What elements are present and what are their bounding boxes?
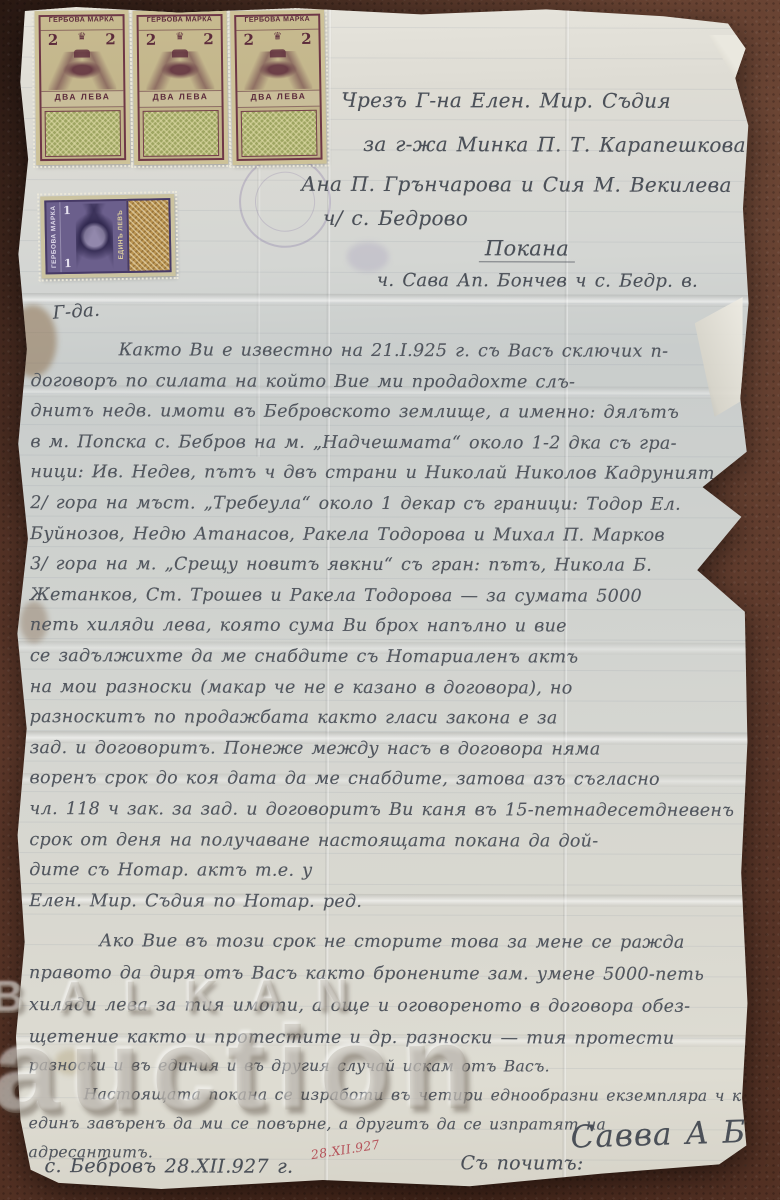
stamp-values-row: 2 ♛ 2 (41, 30, 123, 51)
handwritten-line: Буйнозов, Недю Атанасов, Ракела Тодорова… (30, 519, 742, 551)
revenue-stamp-strip: ГЕРБОВА МАРКА 2 ♛ 2 ДВА ЛЕВА ГЕРБОВА МАР… (34, 8, 326, 165)
addressee-line: Ана П. Грънчарова и Сия М. Векилева (301, 172, 732, 197)
crown-icon: ♛ (273, 31, 282, 42)
handwritten-line: Елен. Мир. Съдия по Нотар. ред. (29, 886, 741, 918)
handwritten-line: зад. и договоритъ. Понеже между насъ в д… (30, 733, 742, 765)
stamp-ornament-panel (143, 110, 220, 157)
stamp-denomination-vertical: ЕДИНЪ ЛЕВЪ (114, 201, 127, 271)
handwritten-line: петь хиляди лева, която сума Ви брох нап… (30, 610, 742, 642)
addressee-line: Чрезъ Г-на Елен. Мир. Съдия (341, 88, 671, 113)
handwritten-line: Жетанков, Ст. Трошев и Ракела Тодорова —… (30, 580, 742, 612)
ink-smudge (347, 242, 389, 272)
crown-icon: ♛ (77, 32, 86, 43)
handwritten-line: воренъ срок до коя дата да ме снабдите, … (29, 763, 741, 795)
handwritten-line: 3/ гора на м. „Срещу новитъ явкни“ съ гр… (30, 549, 742, 581)
salutation: Г-да. (52, 300, 101, 324)
body-paragraph-1: Както Ви е известно на 21.I.925 г. съ Ва… (29, 335, 743, 918)
folded-corner (701, 35, 749, 109)
stamp-frame: ГЕРБОВА МАРКА 1 1 ЕДИНЪ ЛЕВЪ (44, 198, 171, 274)
revenue-stamp-1-lev: ГЕРБОВА МАРКА 1 1 ЕДИНЪ ЛЕВЪ (40, 194, 175, 278)
handwritten-line: дите съ Нотар. актъ т.е. у (29, 855, 741, 887)
coat-of-arms-emblem (48, 51, 116, 90)
addressee-line: ч/ с. Бедрово (323, 206, 468, 230)
stamp-title: ГЕРБОВА МАРКА (50, 194, 59, 280)
addressee-line: за г-жа Минка П. Т. Карапешкова, (363, 132, 751, 157)
stamp-denomination-label: ДВА ЛЕВА (237, 90, 319, 108)
place-and-date: с. Бебровъ 28.XII.927 г. (44, 1155, 293, 1178)
stamp-value-top: 1 (63, 204, 71, 217)
coat-of-arms-emblem (244, 51, 313, 90)
handwritten-line: Както Ви е известно на 21.I.925 г. съ Ва… (31, 335, 743, 367)
stamp-title: ГЕРБОВА МАРКА (236, 16, 318, 31)
handwritten-line: щетение както и протестите и др. разноск… (29, 1021, 741, 1055)
stamp-value-right: 2 (105, 30, 116, 48)
stamp-values-row: 2 ♛ 2 (236, 30, 318, 51)
stamp-denomination-label: ЕДИНЪ ЛЕВЪ (117, 196, 125, 272)
revenue-stamp-2-leva: ГЕРБОВА МАРКА 2 ♛ 2 ДВА ЛЕВА (34, 10, 130, 165)
handwritten-line: правото да диря отъ Васъ както бронените… (29, 957, 741, 991)
revenue-stamp-2-leva: ГЕРБОВА МАРКА 2 ♛ 2 ДВА ЛЕВА (230, 10, 327, 166)
handwritten-line: разноскитъ по продажбата както гласи зак… (30, 702, 742, 734)
handwritten-line: договоръ по силата на който Вие ми прода… (31, 366, 743, 398)
crown-icon: ♛ (175, 31, 184, 42)
coat-of-arms-emblem (146, 51, 214, 90)
horizontal-fold-crease (17, 293, 751, 307)
handwritten-line: се задължихте да ме снабдите съ Нотариал… (30, 641, 742, 673)
handwritten-line: днитъ недв. имоти въ Бебровското землище… (30, 396, 742, 428)
stamp-denomination-label: ДВА ЛЕВА (41, 90, 123, 108)
stamp-values-column: 1 1 (60, 202, 74, 272)
stamp-ornament-panel (45, 110, 122, 157)
handwritten-line: срок от деня на получаване настоящата по… (29, 825, 741, 857)
handwritten-line: Ако Вие въ този срок не сторите това за … (29, 925, 741, 959)
handwritten-line: Настоящата покана се изработи въ четири … (29, 1080, 741, 1111)
stamp-title-vertical: ГЕРБОВА МАРКА (46, 202, 61, 272)
sender-line: ч. Сава Ап. Бончев ч с. Бедр. в. (377, 270, 698, 292)
stamp-denomination-label: ДВА ЛЕВА (139, 90, 221, 108)
coat-of-arms-emblem (75, 203, 113, 270)
handwritten-line: в м. Попска с. Бебров на м. „Надчешмата“… (30, 427, 742, 459)
revenue-stamp-2-leva: ГЕРБОВА МАРКА 2 ♛ 2 ДВА ЛЕВА (132, 10, 228, 165)
stamp-value-left: 2 (146, 31, 157, 49)
stamp-value-right: 2 (301, 30, 312, 48)
handwritten-line: ници: Ив. Недев, пътъ ч двъ страни и Ник… (30, 457, 742, 489)
handwritten-line: чл. 118 ч зак. за зад. и договоритъ Ви к… (29, 794, 741, 826)
stamp-values-row: 2 ♛ 2 (139, 30, 221, 51)
photo-background: ГЕРБОВА МАРКА 2 ♛ 2 ДВА ЛЕВА ГЕРБОВА МАР… (0, 0, 780, 1200)
handwritten-line: 2/ гора на мъст. „Требеула“ около 1 дека… (30, 488, 742, 520)
document-paper: ГЕРБОВА МАРКА 2 ♛ 2 ДВА ЛЕВА ГЕРБОВА МАР… (14, 5, 751, 1193)
closing-regards: Съ почитъ: (460, 1152, 583, 1174)
stamp-value-bottom: 1 (64, 257, 72, 270)
stamp-value-left: 2 (243, 31, 254, 49)
handwritten-line: на мои разноски (макар че не е казано в … (30, 672, 742, 704)
stamp-frame: ГЕРБОВА МАРКА 2 ♛ 2 ДВА ЛЕВА (39, 14, 127, 161)
handwritten-line: разноски и въ единия и въ другия случай … (29, 1051, 741, 1082)
paper-shadow-wrap: ГЕРБОВА МАРКА 2 ♛ 2 ДВА ЛЕВА ГЕРБОВА МАР… (0, 0, 780, 1200)
stamp-value-left: 2 (48, 31, 59, 49)
stamp-title: ГЕРБОВА МАРКА (139, 16, 221, 31)
stamp-ornament-panel (241, 110, 318, 157)
letter-title: Покана (479, 236, 575, 262)
stamp-frame: ГЕРБОВА МАРКА 2 ♛ 2 ДВА ЛЕВА (234, 14, 322, 161)
handwritten-line: хиляди лева за тия имоти, а още и оговор… (29, 989, 741, 1023)
stamp-title: ГЕРБОВА МАРКА (41, 16, 123, 31)
body-paragraph-2: Ако Вие въ този срок не сторите това за … (29, 925, 741, 1055)
stamp-ornament-panel (126, 200, 169, 271)
stamp-value-right: 2 (203, 30, 214, 48)
stamp-frame: ГЕРБОВА МАРКА 2 ♛ 2 ДВА ЛЕВА (137, 14, 225, 161)
